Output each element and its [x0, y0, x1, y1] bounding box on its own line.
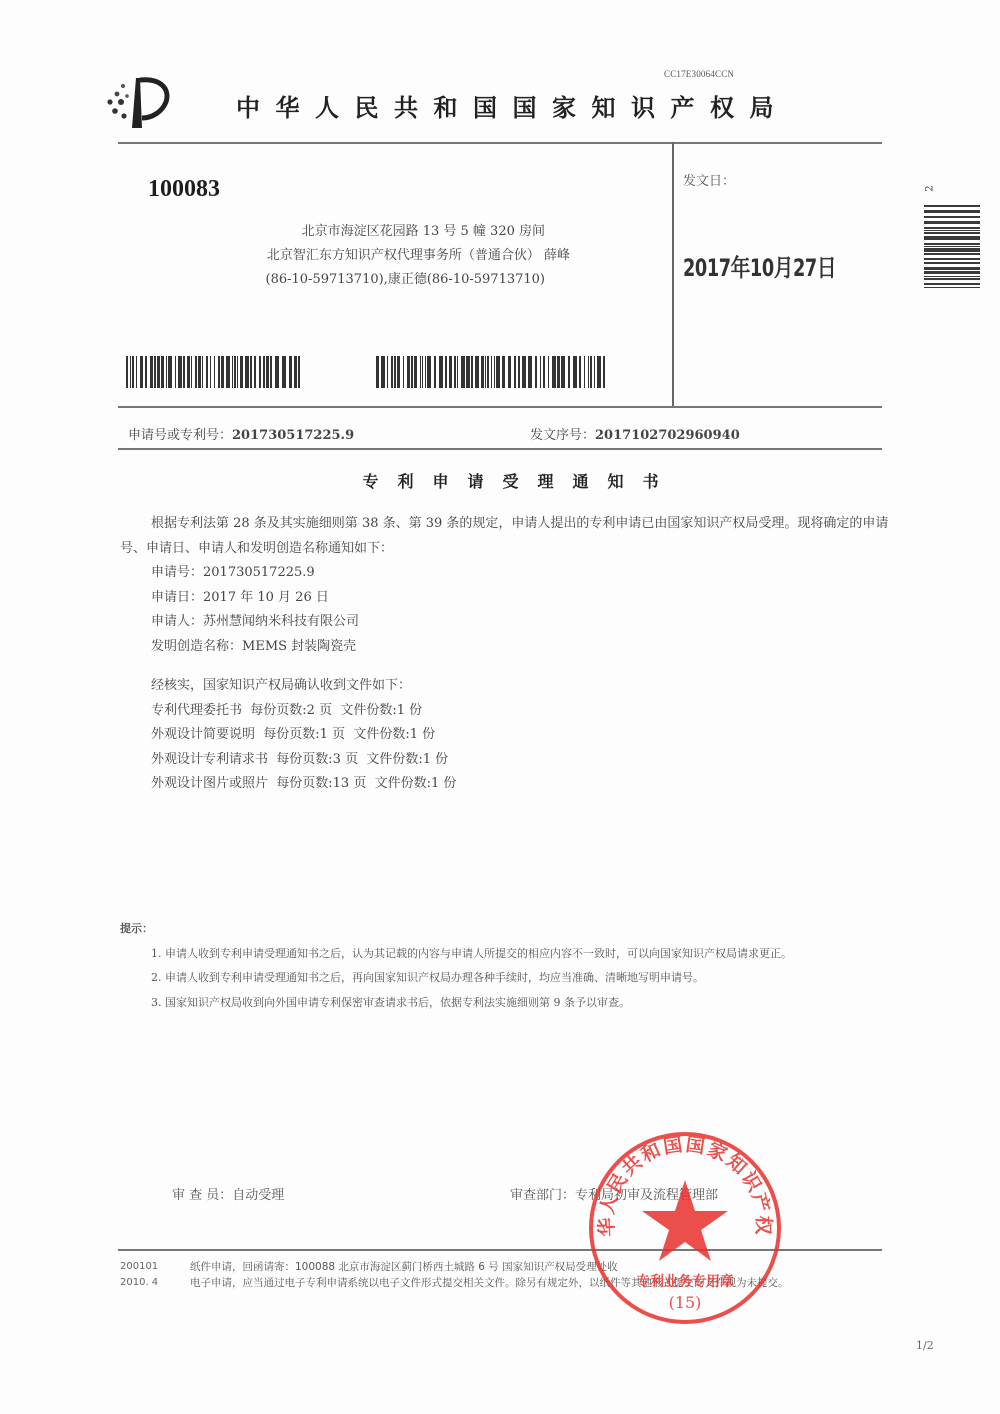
note-item: 2. 申请人收到专利申请受理通知书之后，再向国家知识产权局办理各种手续时，均应当… [120, 966, 895, 991]
file-copies: 文件份数:1 份 [366, 752, 448, 767]
application-number: 201730517225.9 [232, 428, 354, 443]
reference-rule [118, 448, 882, 450]
file-row: 外观设计图片或照片 每份页数:13 页 文件份数:1 份 [151, 772, 456, 797]
application-fields: 申请号：201730517225.9 申请日：2017 年 10 月 26 日 … [151, 561, 359, 659]
recipient-agency: 北京智汇东方知识产权代理事务所（普通合伙） 薛峰 [267, 244, 570, 263]
field-row: 申请日：2017 年 10 月 26 日 [151, 586, 359, 611]
file-copies: 文件份数:1 份 [353, 727, 435, 742]
serial-number: 2017102702960940 [595, 428, 740, 443]
recipient-barcode [126, 356, 316, 388]
field-label: 申请日： [151, 590, 203, 605]
footer-paper-note: 纸件申请，回函请寄：100088 北京市海淀区蓟门桥西土城路 6 号 国家知识产… [190, 1259, 890, 1275]
side-barcode [924, 205, 980, 289]
field-value: 苏州慧闻纳米科技有限公司 [203, 614, 359, 629]
field-label: 申请号： [151, 565, 203, 580]
svg-text:专利业务专用章: 专利业务专用章 [636, 1273, 734, 1290]
file-pages: 每份页数:2 页 [250, 703, 332, 718]
field-row: 发明创造名称：MEMS 封装陶瓷壳 [151, 635, 359, 660]
issue-date-divider [672, 142, 674, 407]
notes-heading: 提示： [120, 917, 895, 942]
file-copies: 文件份数:1 份 [340, 703, 422, 718]
issue-date: 2017年10月27日 [683, 248, 836, 283]
field-row: 申请号：201730517225.9 [151, 561, 359, 586]
footer-version: 2010. 4 [120, 1277, 158, 1288]
recipient-phone: (86-10-59713710),康正德(86-10-59713710) [266, 268, 546, 287]
examiner-label: 审 查 员： [172, 1188, 232, 1203]
file-row: 外观设计简要说明 每份页数:1 页 文件份数:1 份 [151, 723, 456, 748]
serial-barcode [376, 356, 606, 388]
field-label: 发明创造名称： [151, 639, 242, 654]
serial-reference: 发文序号：2017102702960940 [530, 424, 740, 443]
application-reference: 申请号或专利号：201730517225.9 [128, 424, 354, 443]
footer-code: 200101 [120, 1261, 158, 1272]
file-pages: 每份页数:3 页 [276, 752, 358, 767]
file-pages: 每份页数:1 页 [263, 727, 345, 742]
department-label: 审查部门： [510, 1188, 575, 1203]
file-copies: 文件份数:1 份 [375, 776, 457, 791]
note-item: 3. 国家知识产权局收到向外国申请专利保密审查请求书后，依据专利法实施细则第 9… [120, 991, 895, 1016]
document-title: 专利申请受理通知书 [0, 469, 1000, 492]
note-item: 1. 申请人收到专利申请受理通知书之后，认为其记载的内容与申请人所提交的相应内容… [120, 942, 895, 967]
application-label: 申请号或专利号： [128, 428, 232, 443]
file-row: 专利代理委托书 每份页数:2 页 文件份数:1 份 [151, 699, 456, 724]
postcode: 100083 [148, 176, 220, 203]
examiner: 审 查 员：自动受理 [172, 1184, 284, 1203]
recipient-address: 北京市海淀区花园路 13 号 5 幢 320 房间 [302, 220, 545, 239]
field-label: 申请人： [151, 614, 203, 629]
intro-paragraph: 根据专利法第 28 条及其实施细则第 38 条、第 39 条的规定，申请人提出的… [120, 512, 895, 561]
file-pages: 每份页数:13 页 [276, 776, 366, 791]
side-mark: 2 [925, 185, 936, 191]
file-name: 外观设计图片或照片 [151, 776, 268, 791]
header-rule [118, 142, 882, 144]
field-value: 201730517225.9 [203, 565, 315, 580]
cnipa-logo-icon [100, 72, 180, 132]
serial-label: 发文序号： [530, 428, 595, 443]
page-number: 1/2 [916, 1339, 934, 1352]
svg-text:(15): (15) [669, 1293, 702, 1312]
footer-text: 纸件申请，回函请寄：100088 北京市海淀区蓟门桥西土城路 6 号 国家知识产… [190, 1259, 890, 1291]
file-name: 专利代理委托书 [151, 703, 242, 718]
notes-section: 提示： 1. 申请人收到专利申请受理通知书之后，认为其记载的内容与申请人所提交的… [120, 917, 895, 1015]
form-code: CC17E30064CCN [664, 69, 734, 79]
official-seal-icon: 中华人民共和国国家知识产权局 专利业务专用章 (15) [585, 1128, 785, 1328]
intro-text: 根据专利法第 28 条及其实施细则第 38 条、第 39 条的规定，申请人提出的… [120, 512, 895, 561]
file-row: 外观设计专利请求书 每份页数:3 页 文件份数:1 份 [151, 748, 456, 773]
received-files: 经核实，国家知识产权局确认收到文件如下： 专利代理委托书 每份页数:2 页 文件… [151, 674, 456, 797]
examiner-value: 自动受理 [232, 1188, 284, 1203]
footer-electronic-note: 电子申请，应当通过电子专利申请系统以电子文件形式提交相关文件。除另有规定外，以纸… [190, 1275, 890, 1291]
agency-name: 中华人民共和国国家知识产权局 [236, 88, 789, 123]
file-name: 外观设计简要说明 [151, 727, 255, 742]
issue-date-label: 发文日： [683, 170, 735, 189]
received-intro: 经核实，国家知识产权局确认收到文件如下： [151, 674, 456, 699]
field-value: 2017 年 10 月 26 日 [203, 590, 329, 605]
barcode-rule [118, 406, 882, 408]
field-value: MEMS 封装陶瓷壳 [242, 639, 356, 654]
file-name: 外观设计专利请求书 [151, 752, 268, 767]
field-row: 申请人：苏州慧闻纳米科技有限公司 [151, 610, 359, 635]
